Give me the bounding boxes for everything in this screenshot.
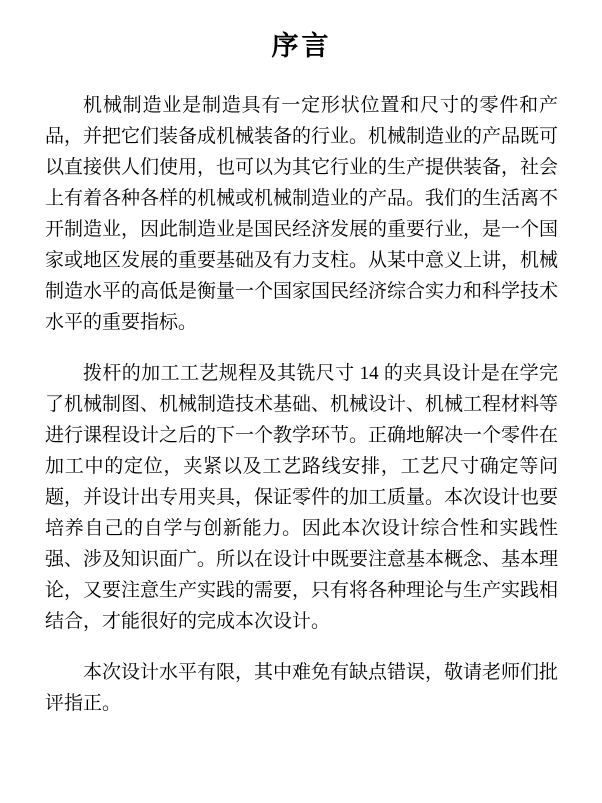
- paragraph-3: 本次设计水平有限，其中难免有缺点错误，敬请老师们批评指正。: [45, 657, 558, 719]
- document-title: 序言: [45, 26, 558, 66]
- paragraph-2: 拨杆的加工工艺规程及其铣尺寸 14 的夹具设计是在学完了机械制图、机械制造技术基…: [45, 358, 558, 637]
- paragraph-1: 机械制造业是制造具有一定形状位置和尺寸的零件和产品，并把它们装备成机械装备的行业…: [45, 90, 558, 338]
- document-page: 序言 机械制造业是制造具有一定形状位置和尺寸的零件和产品，并把它们装备成机械装备…: [0, 0, 602, 803]
